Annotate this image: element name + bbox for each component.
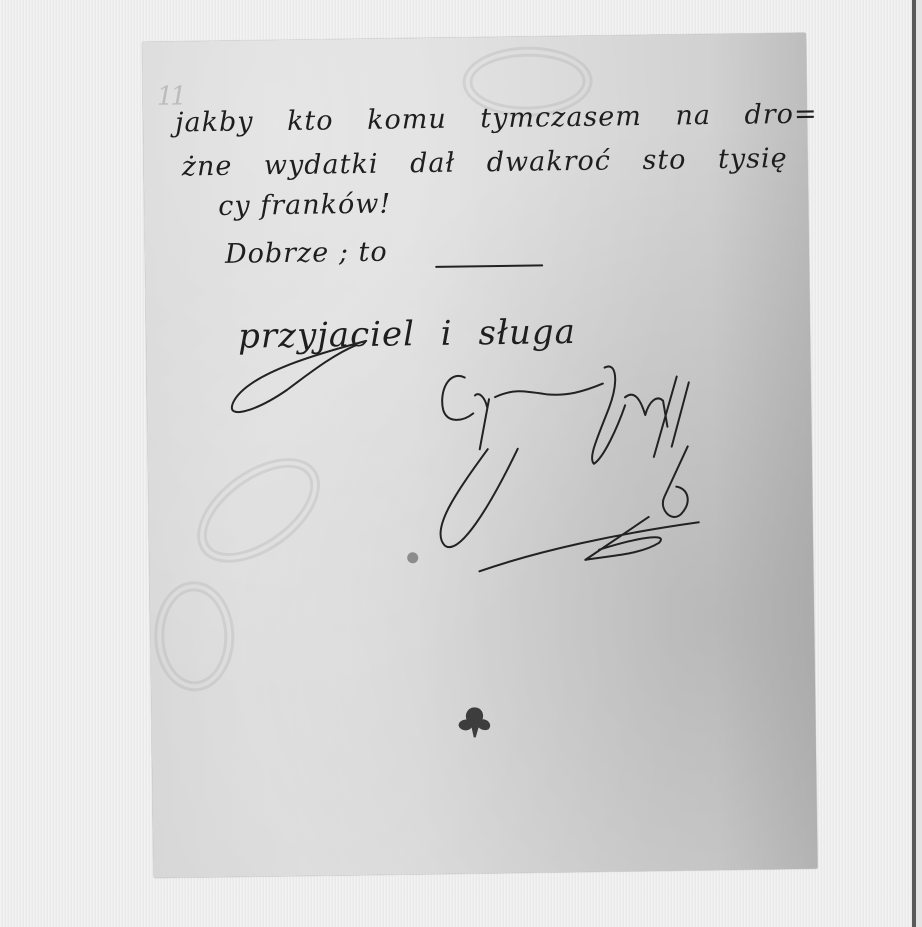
text-line-1: jakby kto komu tymczasem na dro= (175, 99, 818, 139)
text-line-3: cy franków! (218, 189, 391, 222)
ink-blot (456, 705, 492, 739)
letter-page: 11 jakby kto komu tymczasem na dro= żne … (142, 33, 818, 878)
fingerprint-smudge (154, 581, 236, 692)
long-dash (435, 264, 543, 268)
text-line-2: żne wydatki dał dwakroć sto tysię (182, 143, 788, 182)
text-line-4: Dobrze ; to (225, 237, 388, 270)
scan-edge-margin (916, 0, 922, 927)
signature-flourish (216, 295, 780, 583)
